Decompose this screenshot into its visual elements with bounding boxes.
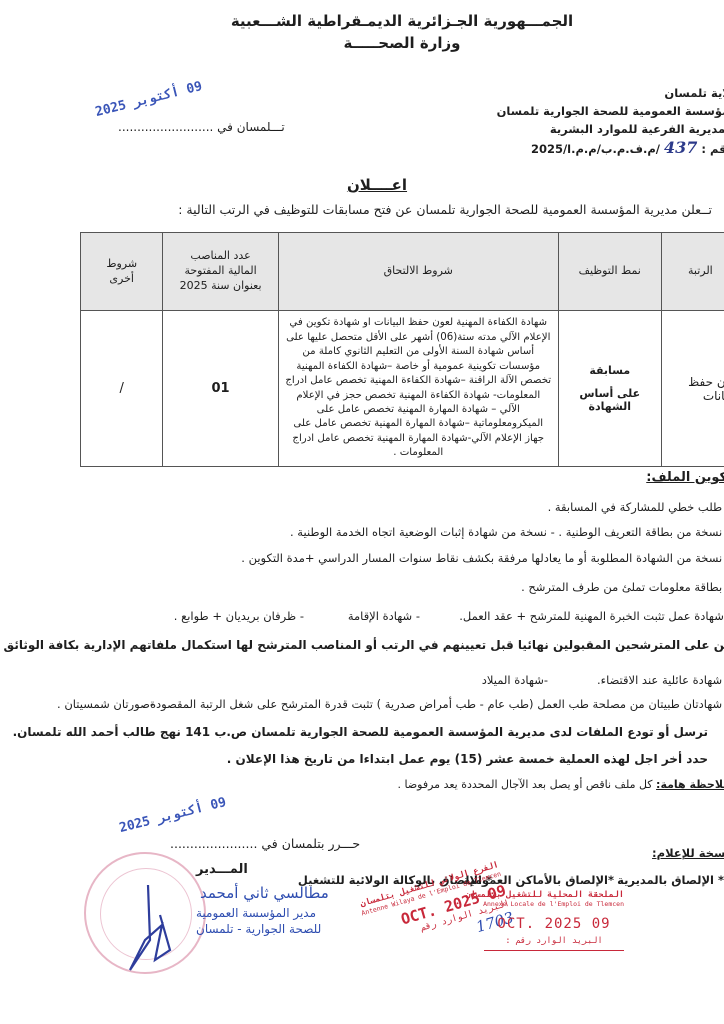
deadline-text: حدد أخر اجل لهذه العملية خمسة عشر (15) ي… — [227, 752, 708, 766]
local-stamp-mail: البريد الوارد رقم : — [484, 936, 624, 946]
file-item: - ظرفان بريديان + طوابع . — [174, 609, 304, 623]
date-stamp-top: 09 أكتوبر 2025 — [94, 79, 204, 120]
col-positions: عدد المناصب المالية المفتوحة بعنوان سنة … — [163, 233, 278, 311]
file-item: - بطاقة معلومات تملئ من طرف المترشح . — [521, 580, 724, 594]
file-item: - شهادة الإقامة — [348, 609, 420, 623]
important-note: ملاحظة هامة: كل ملف ناقص أو يصل بعد الآج… — [397, 778, 724, 791]
col-conditions: شروط الالتحاق — [278, 233, 558, 311]
announcement-intro: تــعلن مديرية المؤسسة العمومية للصحة الج… — [178, 202, 712, 217]
col-other: شروط أخرى — [81, 233, 163, 311]
director-role-1: مدير المؤسسة العمومية — [196, 906, 316, 920]
place-date-line: تـــلمسان في ......................... — [118, 120, 285, 134]
cell-mode: مسابقة على أساس الشهادة — [558, 311, 661, 467]
local-stamp-arabic: الملحقة المحلية للتشغيل بتلمسان — [484, 890, 624, 900]
signature-scribble-icon — [100, 880, 210, 980]
file-item: - طلب خطي للمشاركة في المسابقة . — [548, 500, 724, 514]
cell-positions: 01 — [163, 311, 278, 467]
reference-line: الرقم : 437 /م.ف.م.ب/م.م.ا/2025 — [531, 138, 724, 157]
date-stamp-bottom: 09 أكتوبر 2025 — [118, 795, 228, 836]
file-item: -شهادة عمل تثبت الخبرة المهنية للمترشح +… — [459, 609, 724, 623]
cell-conditions: شهادة الكفاءة المهنية لعون حفظ البيانات … — [278, 311, 558, 467]
col-rank: الرتبة — [661, 233, 724, 311]
file-item: - نسخة من بطاقة التعريف الوطنية . - نسخة… — [290, 525, 724, 539]
director-role-2: للصحة الجوارية - تلمسان — [196, 922, 321, 936]
mode-line2: على أساس الشهادة — [559, 387, 661, 413]
appointment-doc: -صورتان شمسيتان . — [57, 697, 154, 711]
table-row: عون حفظ البيانات مسابقة على أساس الشهادة… — [81, 311, 724, 467]
written-at-line: حـــرر بتلمسان في ...................... — [170, 836, 360, 851]
appointment-doc: - شهادتان طبيتان من مصلحة طب العمل (طب ع… — [143, 697, 724, 711]
local-agency-stamp: الملحقة المحلية للتشغيل بتلمسان Annexe L… — [484, 890, 624, 951]
cell-other: / — [81, 311, 163, 467]
institution-name: المؤسسة العمومية للصحة الجوارية تلمسان — [497, 104, 724, 118]
file-item: - نسخة من الشهادة المطلوبة أو ما يعادلها… — [241, 551, 724, 565]
positions-table: الرتبة نمط التوظيف شروط الالتحاق عدد الم… — [80, 232, 724, 467]
copy-heading: نسخة للإعلام: — [652, 846, 724, 860]
ministry-header: وزارة الصحـــــة — [0, 34, 724, 52]
note-label: ملاحظة هامة: — [656, 778, 724, 791]
ref-code: /م.ف.م.ب/م.م.ا/2025 — [531, 142, 660, 156]
submission-address: ترسل أو تودع الملفات لدى مديرية المؤسسة … — [13, 725, 708, 739]
table-header-row: الرتبة نمط التوظيف شروط الالتحاق عدد الم… — [81, 233, 724, 311]
ref-label: الرقم : — [701, 142, 724, 156]
local-stamp-date: 09 OCT. 2025 — [484, 916, 624, 932]
country-header: الجمـــهورية الجـزائرية الديمـقراطية الش… — [0, 12, 724, 30]
announcement-title: اعــــلان — [0, 176, 724, 194]
note-text: كل ملف ناقص أو يصل بعد الآجال المحددة يع… — [397, 778, 656, 791]
sub-directorate: المديرية الفرعية للموارد البشرية — [550, 122, 724, 136]
mode-line1: مسابقة — [559, 364, 661, 377]
local-stamp-french: Annexe Locale de l'Emploi de Tlemcen — [484, 900, 624, 908]
cell-rank: عون حفظ البيانات — [661, 311, 724, 467]
file-heading: تكوين الملف: — [646, 470, 724, 485]
copy-item: * الإلصاق بالمديرية — [617, 873, 724, 887]
appointment-text: يتعـــين على المترشحين المقبولين نهائيا … — [0, 638, 724, 652]
wilaya-name: ولاية تلمسان — [664, 86, 724, 100]
appointment-doc: -شهادة الميلاد — [482, 673, 548, 687]
director-title: المـــدير — [196, 862, 248, 877]
col-mode: نمط التوظيف — [558, 233, 661, 311]
appointment-doc: - شهادة عائلية عند الاقتضاء. — [597, 673, 724, 687]
ref-number: 437 — [664, 138, 697, 157]
